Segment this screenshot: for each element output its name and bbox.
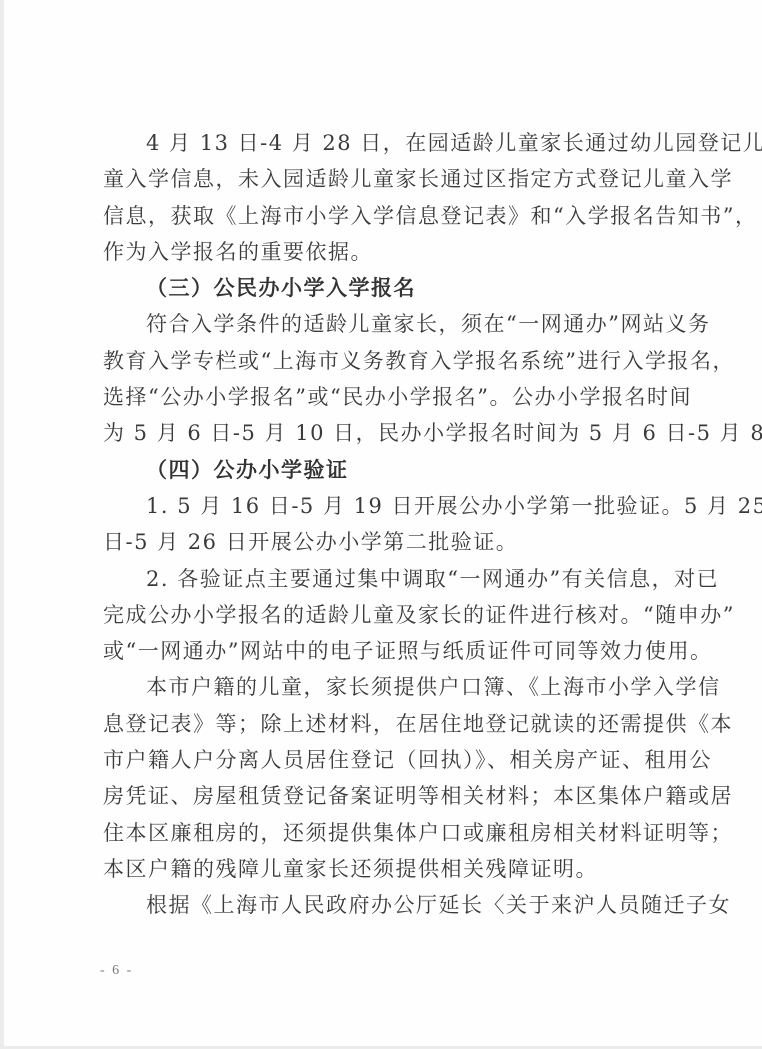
paragraph-line: 日-5 月 26 日开展公办小学第二批验证。 xyxy=(103,524,655,560)
document-body: 4 月 13 日-4 月 28 日，在园适龄儿童家长通过幼儿园登记儿 童入学信息… xyxy=(103,125,655,924)
paragraph-line: 为 5 月 6 日-5 月 10 日，民办小学报名时间为 5 月 6 日-5 月… xyxy=(103,415,655,451)
section-heading-public-verification: （四）公办小学验证 xyxy=(103,452,655,488)
paragraph-line: 信息，获取《上海市小学入学信息登记表》和“入学报名告知书”， xyxy=(103,198,655,234)
paragraph-line: 教育入学专栏或“上海市义务教育入学报名系统”进行入学报名， xyxy=(103,343,655,379)
paragraph-line: 4 月 13 日-4 月 28 日，在园适龄儿童家长通过幼儿园登记儿 xyxy=(103,125,655,161)
paragraph-line: 童入学信息，未入园适龄儿童家长通过区指定方式登记儿童入学 xyxy=(103,161,655,197)
paragraph-line: 房凭证、房屋租赁登记备案证明等相关材料；本区集体户籍或居 xyxy=(103,778,655,814)
paragraph-line: 住本区廉租房的，还须提供集体户口或廉租房相关材料证明等； xyxy=(103,815,655,851)
paragraph-line: 本市户籍的儿童，家长须提供户口簿、《上海市小学入学信 xyxy=(103,669,655,705)
paragraph-line: 选择“公办小学报名”或“民办小学报名”。公办小学报名时间 xyxy=(103,379,655,415)
page-number: - 6 - xyxy=(100,963,133,979)
paragraph-line: 符合入学条件的适龄儿童家长，须在“一网通办”网站义务 xyxy=(103,306,655,342)
document-page: 4 月 13 日-4 月 28 日，在园适龄儿童家长通过幼儿园登记儿 童入学信息… xyxy=(4,0,762,1046)
paragraph-line: 本区户籍的残障儿童家长还须提供相关残障证明。 xyxy=(103,851,655,887)
paragraph-line: 市户籍人户分离人员居住登记（回执）》、相关房产证、租用公 xyxy=(103,742,655,778)
paragraph-line: 2. 各验证点主要通过集中调取“一网通办”有关信息，对已 xyxy=(103,561,655,597)
paragraph-line: 1. 5 月 16 日-5 月 19 日开展公办小学第一批验证。5 月 25 xyxy=(103,488,655,524)
paragraph-line: 作为入学报名的重要依据。 xyxy=(103,234,655,270)
section-heading-public-private-enrollment: （三）公民办小学入学报名 xyxy=(103,270,655,306)
paragraph-line: 或“一网通办”网站中的电子证照与纸质证件可同等效力使用。 xyxy=(103,633,655,669)
paragraph-line: 根据《上海市人民政府办公厅延长〈关于来沪人员随迁子女 xyxy=(103,887,655,923)
paragraph-line: 完成公办小学报名的适龄儿童及家长的证件进行核对。“随申办” xyxy=(103,597,655,633)
paragraph-line: 息登记表》等；除上述材料，在居住地登记就读的还需提供《本 xyxy=(103,706,655,742)
